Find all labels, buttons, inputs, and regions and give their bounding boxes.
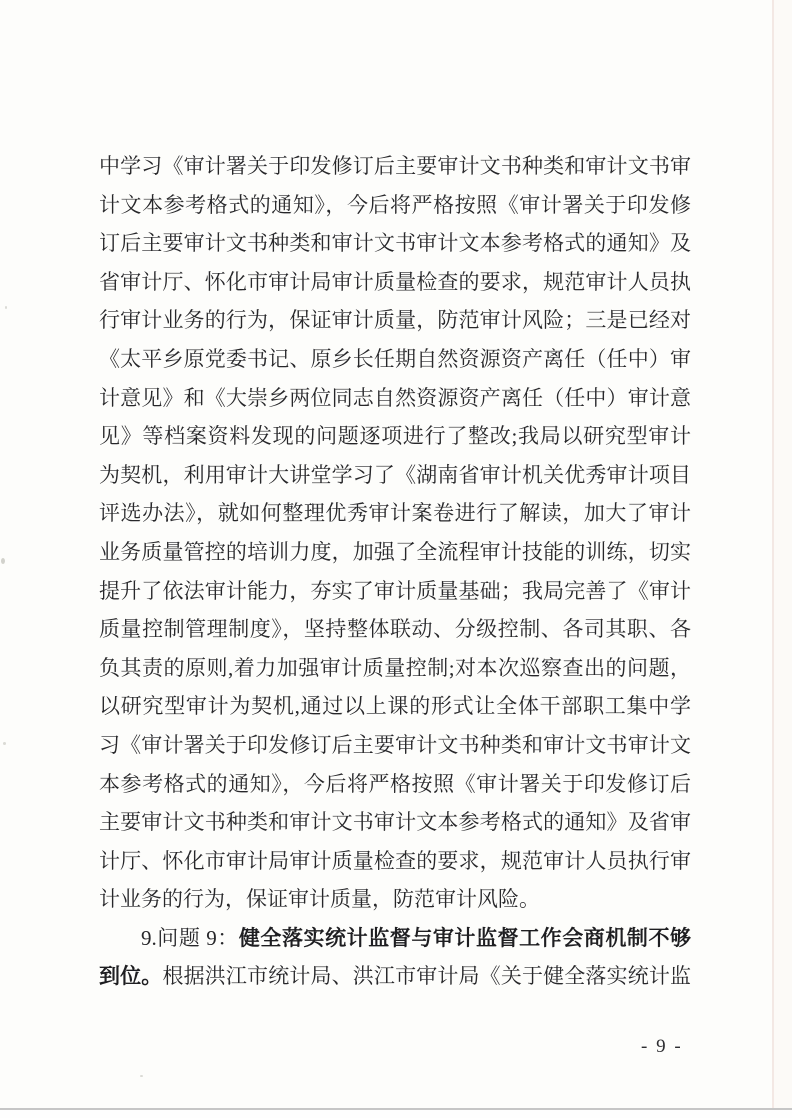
text-segment: 业务质量管控的培训力度，加强了全流程审计技能的训练，切实	[99, 540, 691, 564]
scan-speck	[5, 306, 7, 309]
text-line: 提升了依法审计能力，夯实了审计质量基础；我局完善了《审计	[99, 572, 691, 611]
text-segment: 质量控制管理制度》，坚持整体联动、分级控制、各司其职、各	[99, 617, 691, 641]
text-line: 省审计厅、怀化市审计局审计质量检查的要求，规范审计人员执	[99, 263, 691, 302]
text-line: 以研究型审计为契机,通过以上课的形式让全体干部职工集中学	[99, 687, 691, 726]
text-line: 本参考格式的通知》，今后将严格按照《审计署关于印发修订后	[99, 765, 691, 804]
text-line: 为契机，利用审计大讲堂学习了《湖南省审计机关优秀审计项目	[99, 456, 691, 495]
text-line: 主要审计文书种类和审计文书审计文本参考格式的通知》及省审	[99, 803, 691, 842]
text-segment: 本参考格式的通知》，今后将严格按照《审计署关于印发修订后	[99, 772, 691, 796]
scan-bottom-margin	[0, 1110, 792, 1118]
text-line: 评选办法》，就如何整理优秀审计案卷进行了解读，加大了审计	[99, 494, 691, 533]
text-segment: 9.问题 9：	[141, 926, 239, 950]
text-line: 计业务的行为，保证审计质量，防范审计风险。	[99, 880, 691, 919]
bold-text-segment: 健全落实统计监督与审计监督工作会商机制不够	[239, 927, 691, 950]
text-line: 习《审计署关于印发修订后主要审计文书种类和审计文书审计文	[99, 726, 691, 765]
text-segment: 《太平乡原党委书记、原乡长任期自然资源资产离任（任中）审	[99, 347, 691, 371]
text-segment: 见》等档案资料发现的问题逐项进行了整改;我局以研究型审计	[99, 424, 691, 448]
text-segment: 计厅、怀化市审计局审计质量检查的要求，规范审计人员执行审	[99, 849, 691, 873]
text-segment: 主要审计文书种类和审计文书审计文本参考格式的通知》及省审	[99, 810, 691, 834]
text-line: 订后主要审计文书种类和审计文书审计文本参考格式的通知》及	[99, 224, 691, 263]
scan-speck	[140, 1075, 143, 1077]
text-segment: 订后主要审计文书种类和审计文书审计文本参考格式的通知》及	[99, 231, 691, 255]
scan-right-margin	[774, 0, 792, 1118]
text-line: 计厅、怀化市审计局审计质量检查的要求，规范审计人员执行审	[99, 842, 691, 881]
text-segment: 省审计厅、怀化市审计局审计质量检查的要求，规范审计人员执	[99, 270, 691, 294]
bold-text-segment: 到位。	[99, 965, 162, 988]
text-segment: 提升了依法审计能力，夯实了审计质量基础；我局完善了《审计	[99, 579, 691, 603]
text-segment: 负其责的原则,着力加强审计质量控制;对本次巡察查出的问题，	[99, 656, 691, 680]
text-line: 负其责的原则,着力加强审计质量控制;对本次巡察查出的问题，	[99, 649, 691, 688]
text-segment: 习《审计署关于印发修订后主要审计文书种类和审计文书审计文	[99, 733, 691, 757]
text-line: 计文本参考格式的通知》，今后将严格按照《审计署关于印发修	[99, 186, 691, 225]
text-line: 中学习《审计署关于印发修订后主要审计文书种类和审计文书审	[99, 147, 691, 186]
text-segment: 行审计业务的行为，保证审计质量，防范审计风险；三是已经对	[99, 308, 691, 332]
text-line: 业务质量管控的培训力度，加强了全流程审计技能的训练，切实	[99, 533, 691, 572]
text-segment: 以研究型审计为契机,通过以上课的形式让全体干部职工集中学	[99, 694, 691, 718]
text-segment: 为契机，利用审计大讲堂学习了《湖南省审计机关优秀审计项目	[99, 463, 691, 487]
text-line: 9.问题 9：健全落实统计监督与审计监督工作会商机制不够	[99, 919, 691, 958]
text-line: 计意见》和《大崇乡两位同志自然资源资产离任（任中）审计意	[99, 379, 691, 418]
text-segment: 计业务的行为，保证审计质量，防范审计风险。	[99, 887, 540, 911]
text-line: 《太平乡原党委书记、原乡长任期自然资源资产离任（任中）审	[99, 340, 691, 379]
text-block: 中学习《审计署关于印发修订后主要审计文书种类和审计文书审计文本参考格式的通知》，…	[99, 147, 691, 996]
scan-right-edge-line	[772, 0, 774, 1118]
text-segment: 根据洪江市统计局、洪江市审计局《关于健全落实统计监	[162, 964, 691, 988]
text-segment: 计意见》和《大崇乡两位同志自然资源资产离任（任中）审计意	[99, 386, 691, 410]
scan-speck	[3, 742, 6, 745]
text-line: 行审计业务的行为，保证审计质量，防范审计风险；三是已经对	[99, 301, 691, 340]
scanned-document-page: 中学习《审计署关于印发修订后主要审计文书种类和审计文书审计文本参考格式的通知》，…	[0, 0, 792, 1118]
text-segment: 计文本参考格式的通知》，今后将严格按照《审计署关于印发修	[99, 193, 691, 217]
text-segment: 中学习《审计署关于印发修订后主要审计文书种类和审计文书审	[99, 154, 691, 178]
page-number: - 9 -	[641, 1036, 701, 1058]
text-segment: 评选办法》，就如何整理优秀审计案卷进行了解读，加大了审计	[99, 501, 691, 525]
text-line: 见》等档案资料发现的问题逐项进行了整改;我局以研究型审计	[99, 417, 691, 456]
text-line: 质量控制管理制度》，坚持整体联动、分级控制、各司其职、各	[99, 610, 691, 649]
text-line: 到位。根据洪江市统计局、洪江市审计局《关于健全落实统计监	[99, 957, 691, 996]
scan-speck	[1, 558, 5, 564]
